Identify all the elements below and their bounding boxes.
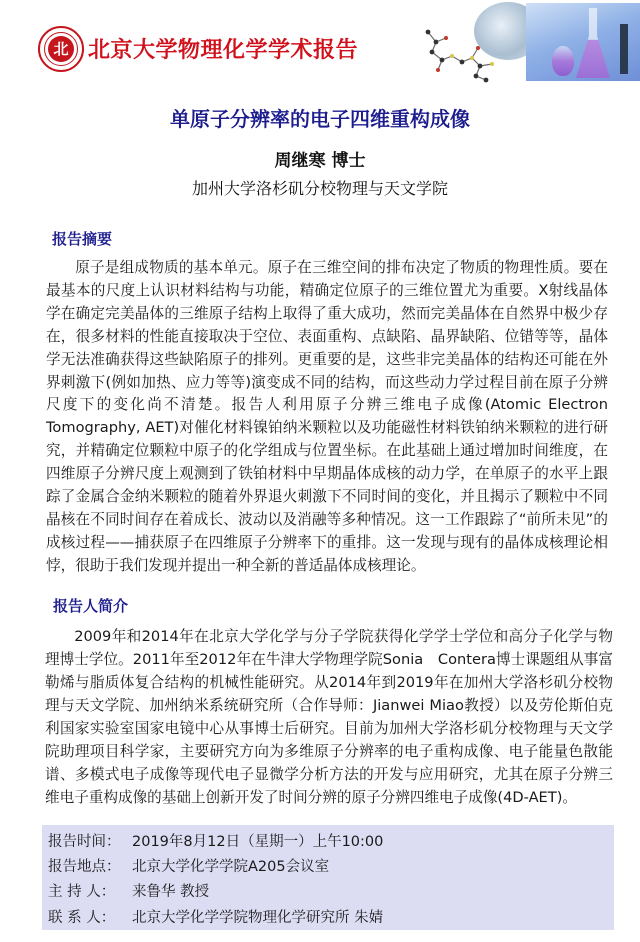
info-value: 2019年8月12日（星期一）上午10:00 (132, 834, 383, 850)
speaker-affiliation: 加州大学洛杉矶分校物理与天文学院 (0, 176, 640, 199)
bio-heading: 报告人简介 (53, 595, 128, 616)
info-value: 北京大学化学学院物理化学研究所 朱婧 (132, 910, 383, 926)
info-value: 来鲁华 教授 (132, 884, 209, 900)
info-value: 北京大学化学学院A205会议室 (132, 859, 329, 875)
info-label: 报告时间： (48, 830, 132, 855)
header-title: 北京大学物理化学学术报告 (88, 33, 358, 64)
info-row-host: 主 持 人：来鲁华 教授 (48, 880, 614, 905)
peking-university-logo-icon: 北 (38, 26, 84, 72)
info-label: 联 系 人： (48, 906, 132, 931)
abstract-heading: 报告摘要 (52, 228, 112, 249)
info-row-contact: 联 系 人：北京大学化学学院物理化学研究所 朱婧 (48, 906, 614, 931)
speaker-name: 周继寒 博士 (0, 146, 640, 171)
bio-text: 2009年和2014年在北京大学化学与分子学院获得化学学士学位和高分子化学与物理… (45, 625, 613, 809)
header-banner: 北 北京大学物理化学学术报告 (0, 0, 640, 90)
round-flask-icon (552, 46, 574, 76)
talk-title: 单原子分辨率的电子四维重构成像 (0, 103, 640, 132)
abstract-text: 原子是组成物质的基本单元。原子在三维空间的排布决定了物质的物理性质。要在最基本的… (46, 257, 608, 578)
microscope-stand-icon (620, 24, 628, 74)
info-label: 主 持 人： (48, 880, 132, 905)
info-row-time: 报告时间：2019年8月12日（星期一）上午10:00 (48, 830, 614, 855)
event-info-box: 报告时间：2019年8月12日（星期一）上午10:00 报告地点：北京大学化学学… (42, 825, 614, 930)
logo-glyph: 北 (48, 36, 74, 62)
info-label: 报告地点： (48, 855, 132, 880)
info-row-location: 报告地点：北京大学化学学院A205会议室 (48, 855, 614, 880)
